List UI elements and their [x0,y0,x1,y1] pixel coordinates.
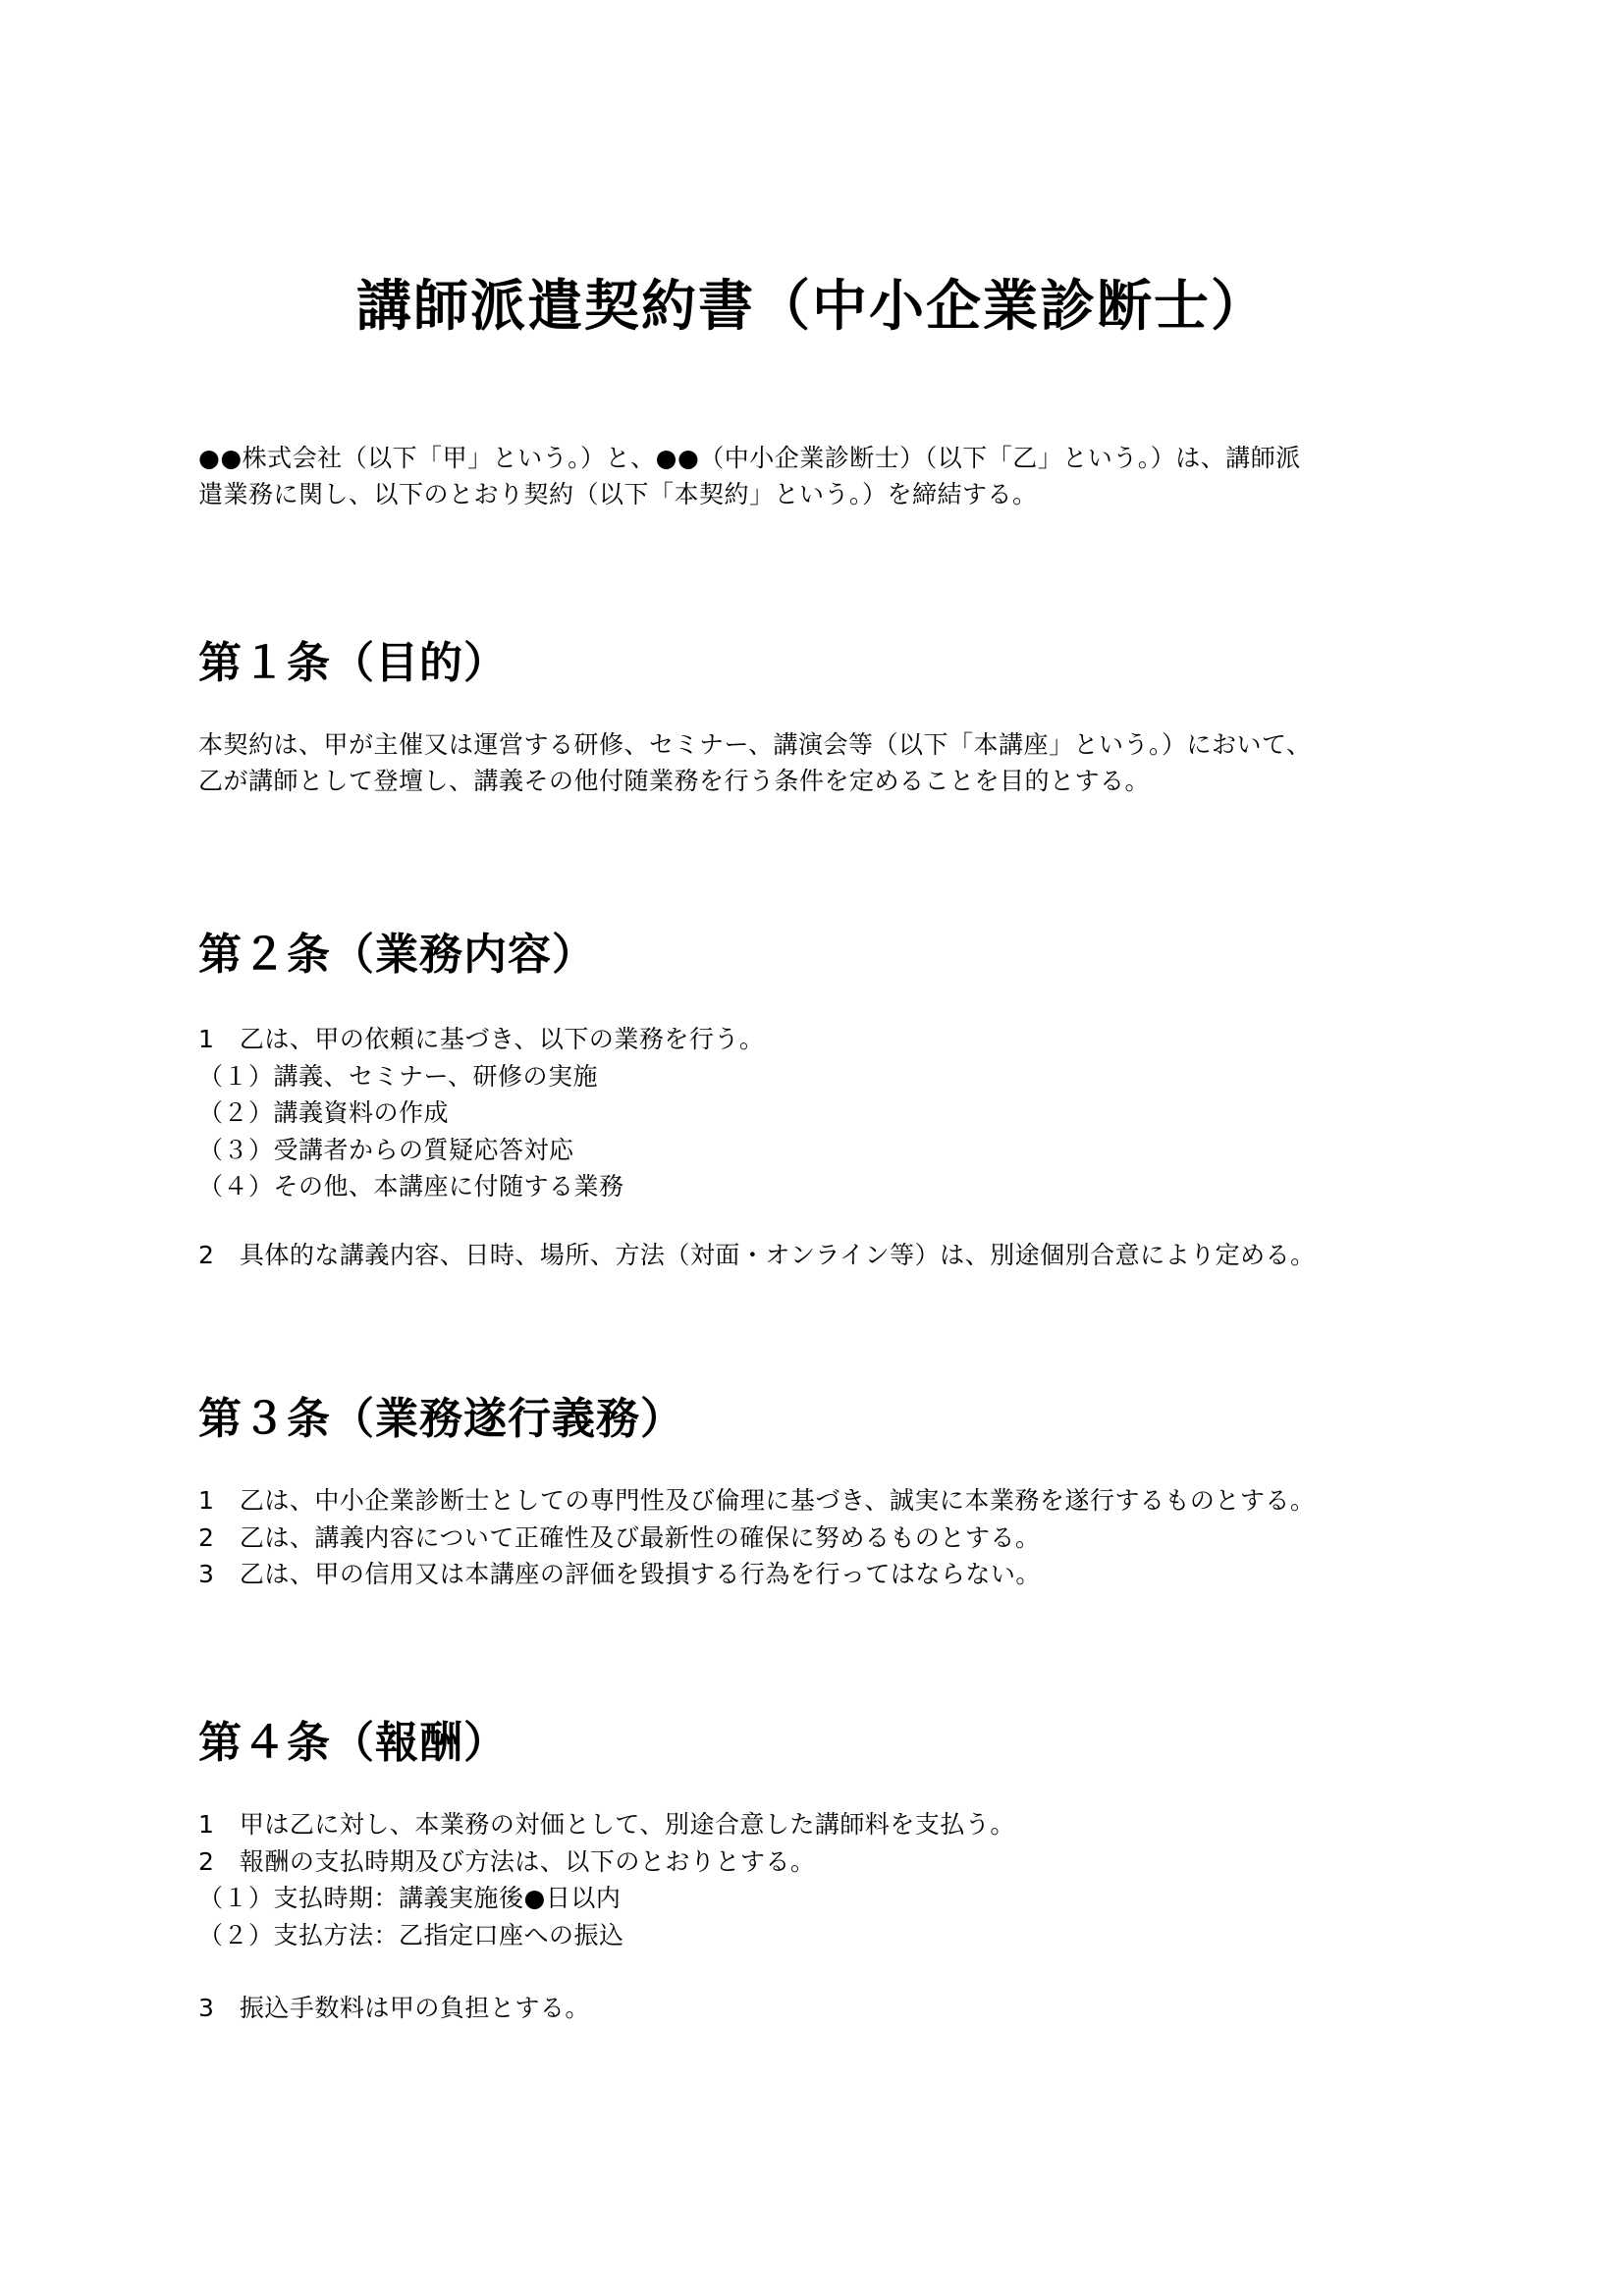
article-1-body: 本契約は、甲が主催又は運営する研修、セミナー、講演会等（以下「本講座」という。）… [198,726,1435,799]
article-2-items: 1 乙は、甲の依頼に基づき、以下の業務を行う。 （１）講義、セミナー、研修の実施… [198,1021,764,1205]
preamble-line: 遣業務に関し、以下のとおり契約（以下「本契約」という。）を締結する。 [198,476,1435,512]
article-3-heading: 第３条（業務遂行義務） [198,1392,684,1447]
article-3-item: 1 乙は、中小企業診断士としての専門性及び倫理に基づき、誠実に本業務を遂行するも… [198,1482,1315,1520]
article-3-item: 3 乙は、甲の信用又は本講座の評価を毀損する行為を行ってはならない。 [198,1556,1315,1593]
article-4-item: 1 甲は乙に対し、本業務の対価として、別途合意した講師料を支払う。 [198,1806,1015,1843]
article-1-line: 乙が講師として登壇し、講義その他付随業務を行う条件を定めることを目的とする。 [198,763,1435,799]
article-4-item: 2 報酬の支払時期及び方法は、以下のとおりとする。 [198,1843,1015,1881]
article-3-items: 1 乙は、中小企業診断士としての専門性及び倫理に基づき、誠実に本業務を遂行するも… [198,1482,1315,1593]
article-1-heading: 第１条（目的） [198,636,508,691]
article-2-item: 1 乙は、甲の依頼に基づき、以下の業務を行う。 [198,1021,764,1058]
article-1-line: 本契約は、甲が主催又は運営する研修、セミナー、講演会等（以下「本講座」という。）… [198,726,1435,763]
preamble: ●●株式会社（以下「甲」という。）と、●●（中小企業診断士）（以下「乙」という。… [198,440,1435,512]
article-4-item: 3 振込手数料は甲の負担とする。 [198,1990,590,2027]
article-2-heading: 第２条（業務内容） [198,928,596,983]
article-4-heading: 第４条（報酬） [198,1716,508,1771]
preamble-line: ●●株式会社（以下「甲」という。）と、●●（中小企業診断士）（以下「乙」という。… [198,440,1435,476]
article-4-items: 1 甲は乙に対し、本業務の対価として、別途合意した講師料を支払う。 2 報酬の支… [198,1806,1015,1953]
article-4-extra: 3 振込手数料は甲の負担とする。 [198,1990,590,2027]
article-2-item: 2 具体的な講義内容、日時、場所、方法（対面・オンライン等）は、別途個別合意によ… [198,1237,1316,1274]
document-title: 講師派遣契約書（中小企業診断士） [0,273,1624,342]
article-3-item: 2 乙は、講義内容について正確性及び最新性の確保に努めるものとする。 [198,1520,1315,1557]
article-2-item: （２）講義資料の作成 [198,1095,764,1132]
article-2-item: （３）受講者からの質疑応答対応 [198,1132,764,1169]
document-page: 講師派遣契約書（中小企業診断士） ●●株式会社（以下「甲」という。）と、●●（中… [0,0,1624,2296]
article-2-item: （４）その他、本講座に付随する業務 [198,1168,764,1205]
article-4-item: （２）支払方法：乙指定口座への振込 [198,1917,1015,1954]
article-2-extra: 2 具体的な講義内容、日時、場所、方法（対面・オンライン等）は、別途個別合意によ… [198,1237,1316,1274]
article-4-item: （１）支払時期：講義実施後●日以内 [198,1880,1015,1917]
article-2-item: （１）講義、セミナー、研修の実施 [198,1058,764,1095]
